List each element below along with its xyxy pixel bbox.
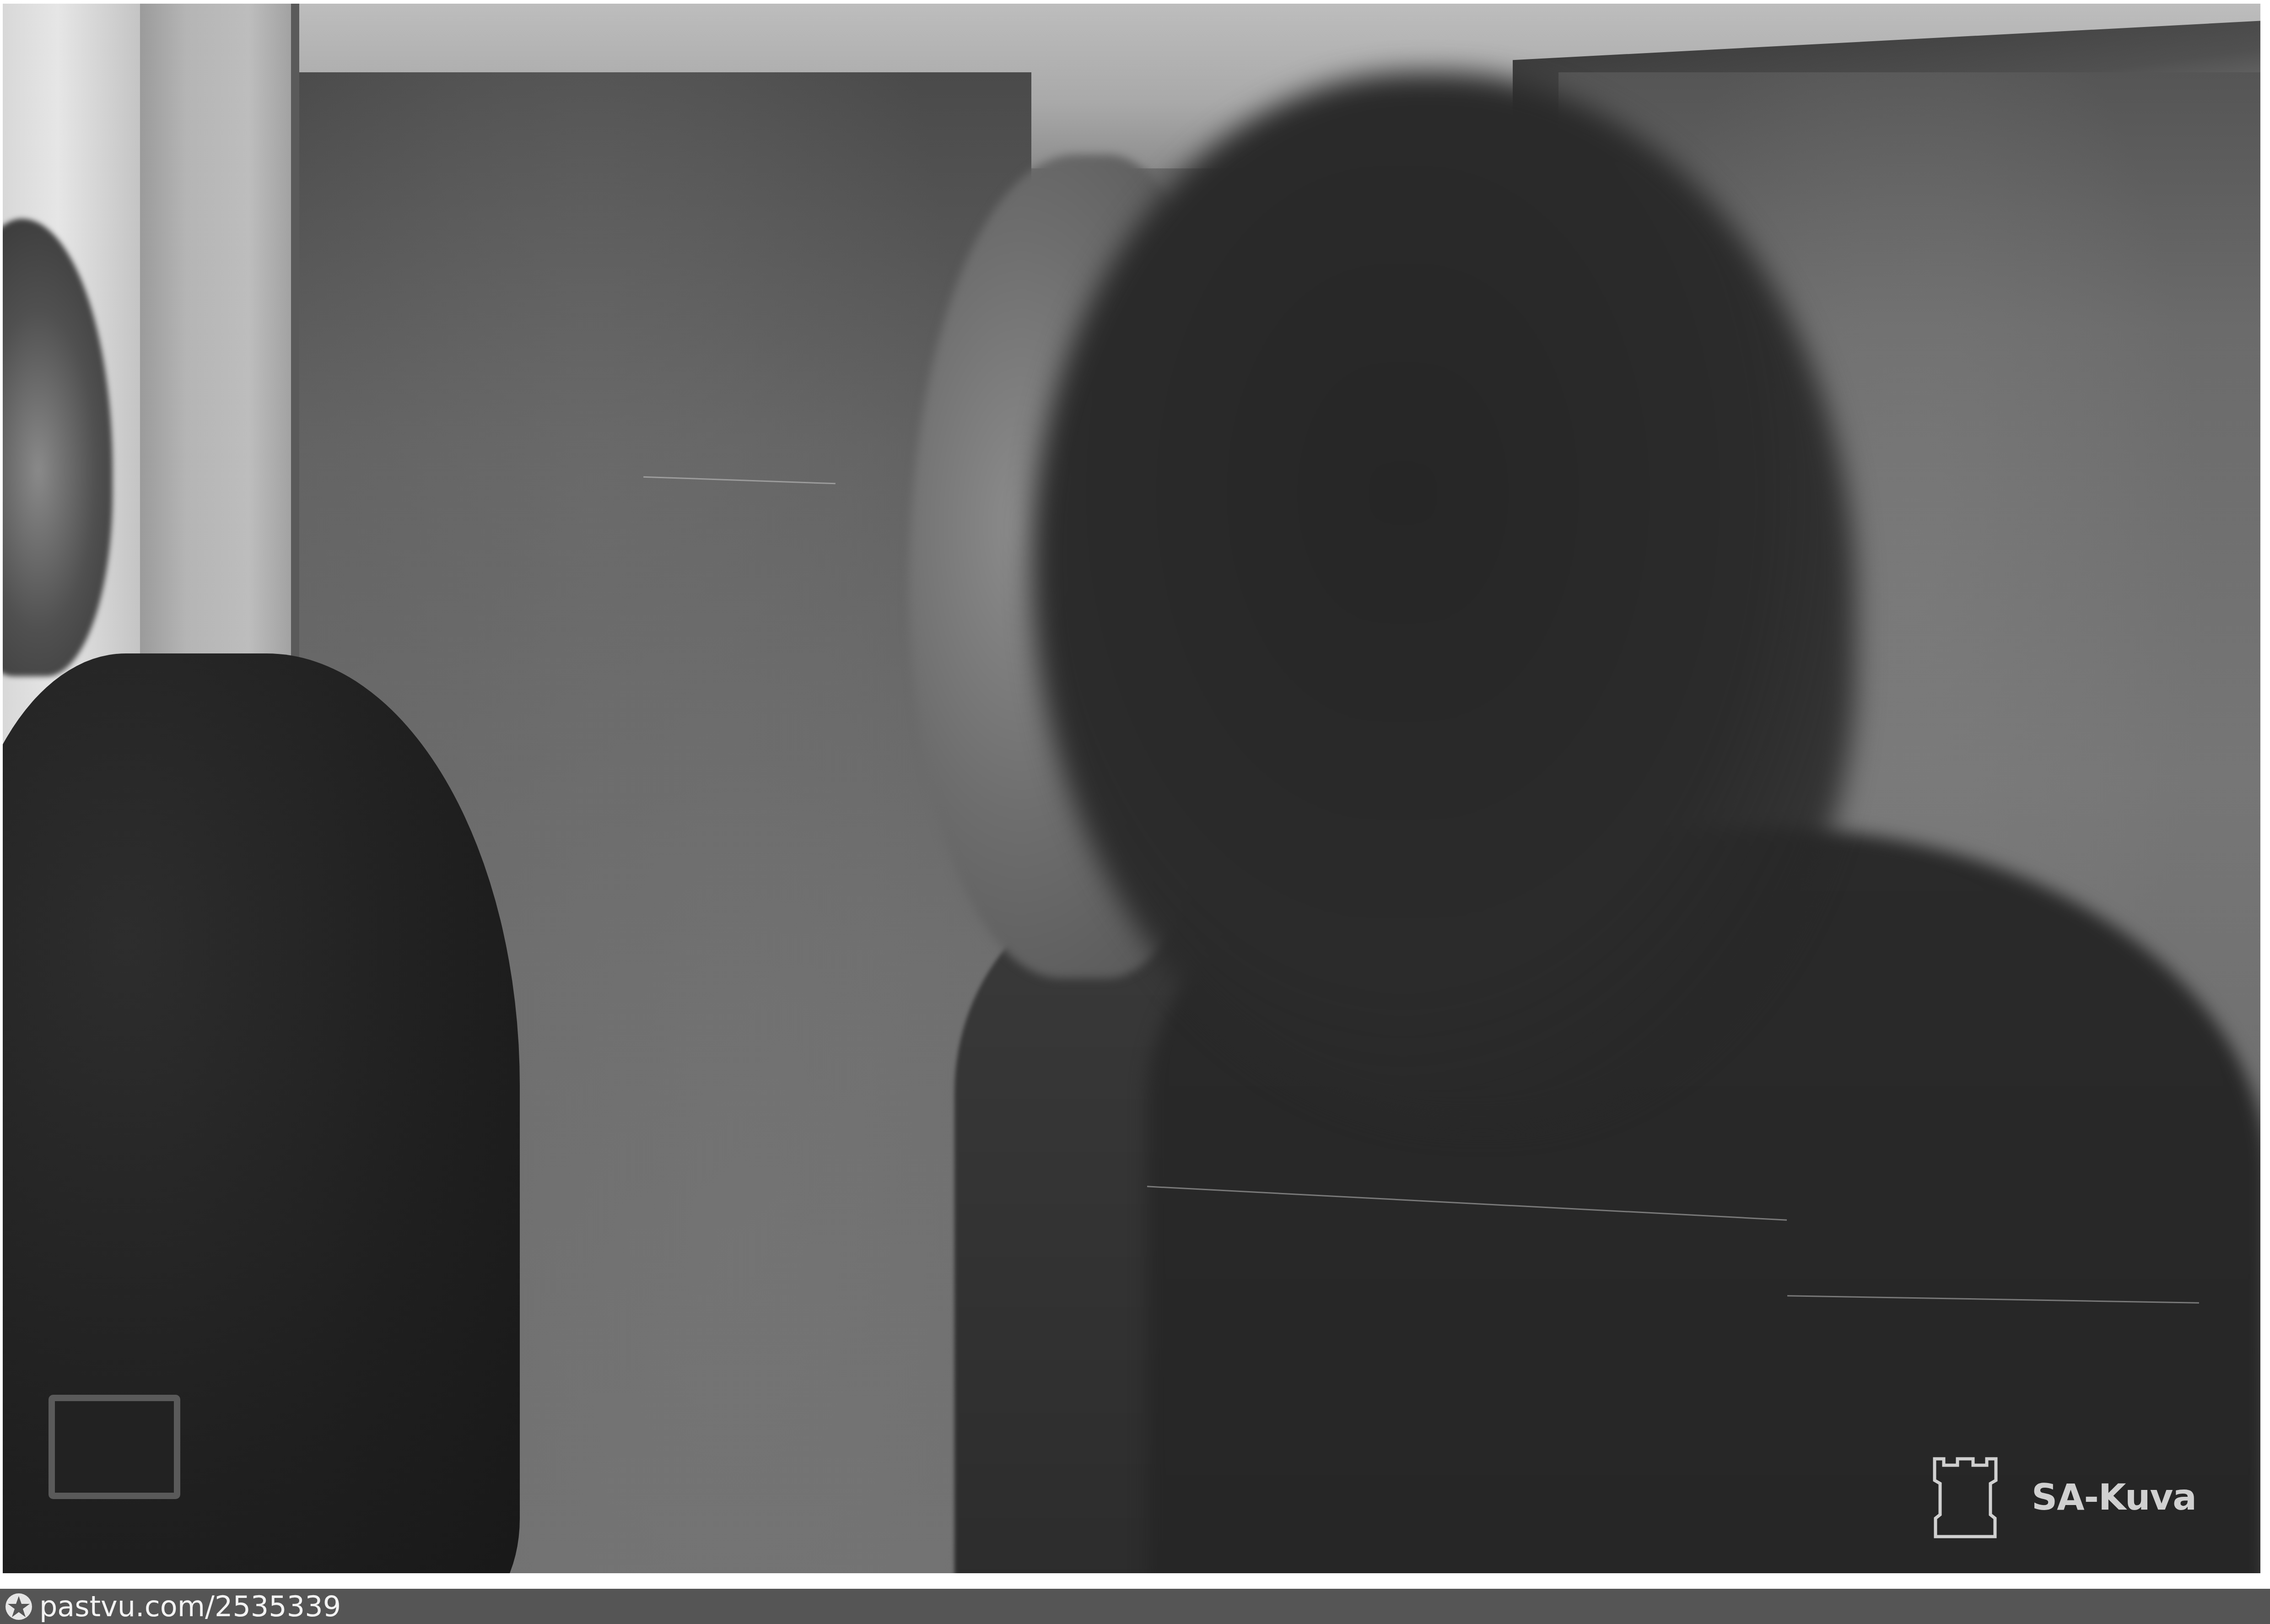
star-icon	[5, 1592, 33, 1621]
tower-icon	[1931, 1455, 2000, 1540]
left-figure-belt-buckle	[49, 1395, 180, 1499]
caption-bar: pastvu.com/2535339	[0, 1589, 2270, 1624]
archival-photo	[3, 4, 2260, 1573]
sa-kuva-watermark: SA-Kuva	[1931, 1455, 2196, 1540]
watermark-text: SA-Kuva	[2032, 1477, 2196, 1518]
photo-source-link[interactable]: pastvu.com/2535339	[39, 1589, 341, 1624]
